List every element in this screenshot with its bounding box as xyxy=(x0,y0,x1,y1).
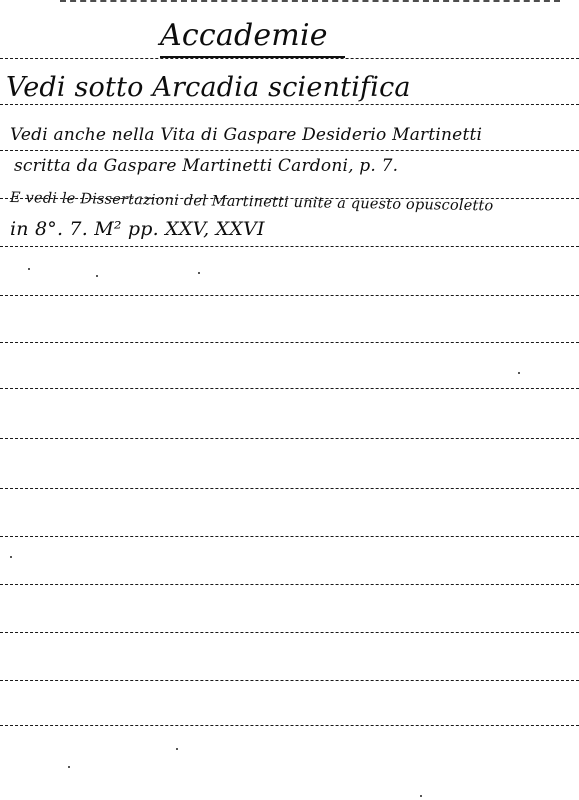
ruled-line xyxy=(0,342,579,343)
scan-speck xyxy=(28,268,30,270)
reference-line-1: Vedi anche nella Vita di Gaspare Desider… xyxy=(10,125,482,145)
ruled-line xyxy=(0,725,579,726)
ruled-line xyxy=(0,536,579,537)
ruled-line xyxy=(0,246,579,247)
index-card: Accademie Vedi sotto Arcadia scientifica… xyxy=(0,0,579,800)
ruled-line xyxy=(0,584,579,585)
ruled-line xyxy=(0,198,579,199)
card-top-edge xyxy=(60,0,560,4)
scan-speck xyxy=(518,372,520,374)
ruled-line xyxy=(0,150,579,151)
scan-speck xyxy=(10,556,12,558)
scan-speck xyxy=(176,748,178,750)
scan-speck xyxy=(96,275,98,277)
ruled-line xyxy=(0,438,579,439)
reference-line-2: scritta da Gaspare Martinetti Cardoni, p… xyxy=(14,156,398,176)
cross-reference-line: Vedi sotto Arcadia scientifica xyxy=(6,72,411,103)
reference-line-3: E vedi le Dissertazioni del Martinetti u… xyxy=(10,190,494,214)
ruled-line xyxy=(0,488,579,489)
card-heading: Accademie xyxy=(160,18,328,53)
ruled-line xyxy=(0,58,579,59)
scan-speck xyxy=(420,795,422,797)
ruled-line xyxy=(0,104,579,105)
scan-speck xyxy=(198,272,200,274)
ruled-line xyxy=(0,632,579,633)
scan-speck xyxy=(68,766,70,768)
reference-line-4: in 8°. 7. M² pp. XXV, XXVI xyxy=(10,218,265,240)
ruled-line xyxy=(0,680,579,681)
ruled-line xyxy=(0,295,579,296)
ruled-line xyxy=(0,388,579,389)
